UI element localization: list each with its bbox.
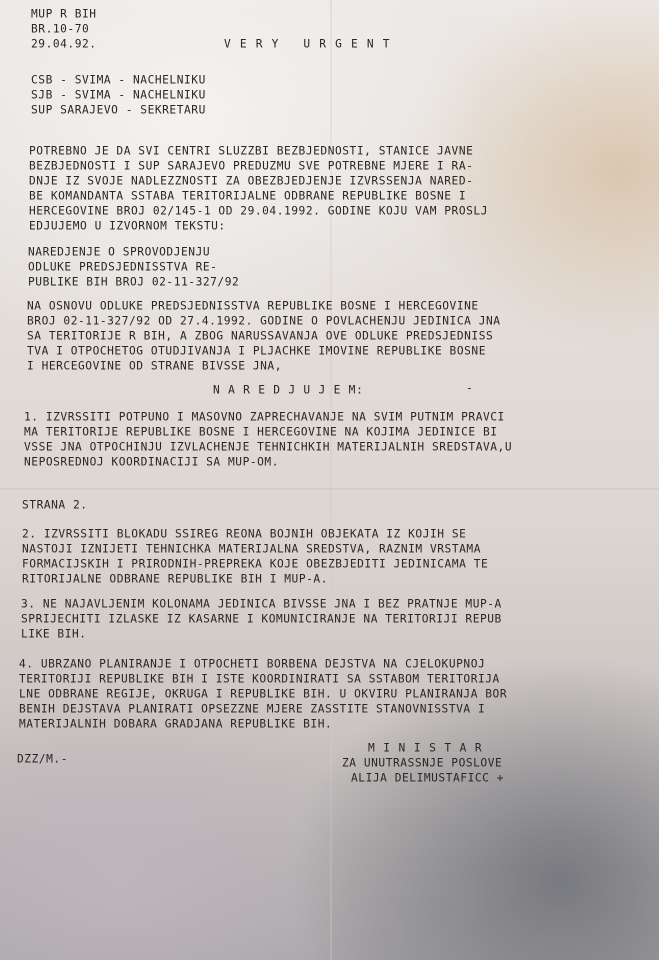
recipient-line: SJB - SVIMA - NACHELNIKU xyxy=(31,88,206,103)
recipient-line: SUP SARAJEVO - SEKRETARU xyxy=(31,103,206,118)
order-item-1-line: MA TERITORIJE REPUBLIKE BOSNE I HERCEGOV… xyxy=(24,425,498,440)
order-item-4-line: 4. UBRZANO PLANIRANJE I OTPOCHETI BORBEN… xyxy=(19,657,485,672)
preamble-line: I HERCEGOVINE OD STRANE BIVSSE JNA, xyxy=(27,359,282,374)
header-date: 29.04.92. xyxy=(31,37,97,52)
priority-label: V E R Y U R G E N T xyxy=(224,37,391,52)
order-item-1-line: NEPOSREDNOJ KOORDINACIJI SA MUP-OM. xyxy=(24,455,279,470)
order-title-line: NAREDJENJE O SPROVODJENJU xyxy=(28,245,210,260)
order-item-4-line: LNE ODBRANE REGIJE, OKRUGA I REPUBLIKE B… xyxy=(19,687,507,702)
header-number: BR.10-70 xyxy=(31,22,89,37)
order-item-4-line: BENIH DEJSTAVA PLANIRATI OPSEZZNE MJERE … xyxy=(19,702,485,717)
preamble-line: BROJ 02-11-327/92 OD 27.4.1992. GODINE O… xyxy=(27,314,501,329)
intro-line: DNJE IZ SVOJE NADLEZZNOSTI ZA OBEZBJEDJE… xyxy=(29,174,473,189)
header-agency: MUP R BIH xyxy=(31,7,97,22)
signature-name: ALIJA DELIMUSTAFICC + xyxy=(351,771,504,786)
intro-line: BE KOMANDANTA SSTABA TERITORIJALNE ODBRA… xyxy=(29,189,466,204)
order-item-1-line: 1. IZVRSSITI POTPUNO I MASOVNO ZAPRECHAV… xyxy=(24,410,505,425)
reference-code: DZZ/M.- xyxy=(17,752,68,767)
order-item-3-line: 3. NE NAJAVLJENIM KOLONAMA JEDINICA BIVS… xyxy=(21,597,502,612)
order-item-3-line: SPRIJECHITI IZLASKE IZ KASARNE I KOMUNIC… xyxy=(21,612,502,627)
preamble-line: NA OSNOVU ODLUKE PREDSJEDNISSTVA REPUBLI… xyxy=(27,299,479,314)
preamble-line: TVA I OTPOCHETOG OTUDJIVANJA I PLJACHKE … xyxy=(27,344,486,359)
preamble-line: SA TERITORIJE R BIH, A ZBOG NARUSSAVANJA… xyxy=(27,329,493,344)
signature-department: ZA UNUTRASSNJE POSLOVE xyxy=(342,756,502,771)
intro-line: POTREBNO JE DA SVI CENTRI SLUZZBI BEZBJE… xyxy=(29,144,473,159)
order-item-2-line: 2. IZVRSSITI BLOKADU SSIREG REONA BOJNIH… xyxy=(22,527,466,542)
order-item-4-line: MATERIJALNIH DOBARA GRADJANA REPUBLIKE B… xyxy=(19,717,332,732)
order-title-line: PUBLIKE BIH BROJ 02-11-327/92 xyxy=(28,275,239,290)
order-item-2-line: NASTOJI IZNIJETI TEHNICHKA MATERIJALNA S… xyxy=(22,542,481,557)
order-item-2-line: FORMACIJSKIH I PRIRODNIH-PREPREKA KOJE O… xyxy=(22,557,488,572)
recipient-line: CSB - SVIMA - NACHELNIKU xyxy=(31,73,206,88)
order-item-2-line: RITORIJALNE ODBRANE REPUBLIKE BIH I MUP-… xyxy=(22,572,328,587)
intro-line: HERCEGOVINE BROJ 02/145-1 OD 29.04.1992.… xyxy=(29,204,488,219)
order-title-line: ODLUKE PREDSJEDNISSTVA RE- xyxy=(28,260,217,275)
command-heading: N A R E D J U J E M: xyxy=(213,383,364,398)
intro-line: EDJUJEMO U IZVORNOM TEKSTU: xyxy=(29,219,226,234)
order-item-1-line: VSSE JNA OTPOCHINJU IZVLACHENJE TEHNICHK… xyxy=(24,440,512,455)
signature-title: M I N I S T A R xyxy=(368,741,483,756)
order-item-4-line: TERITORIJI REPUBLIKE BIH I ISTE KOORDINI… xyxy=(19,672,500,687)
stray-mark: - xyxy=(466,381,473,396)
intro-line: BEZBJEDNOSTI I SUP SARAJEVO PREDUZMU SVE… xyxy=(29,159,473,174)
paper-fold-horizontal xyxy=(0,488,659,490)
order-item-3-line: LIKE BIH. xyxy=(21,627,87,642)
page-marker: STRANA 2. xyxy=(22,498,88,513)
